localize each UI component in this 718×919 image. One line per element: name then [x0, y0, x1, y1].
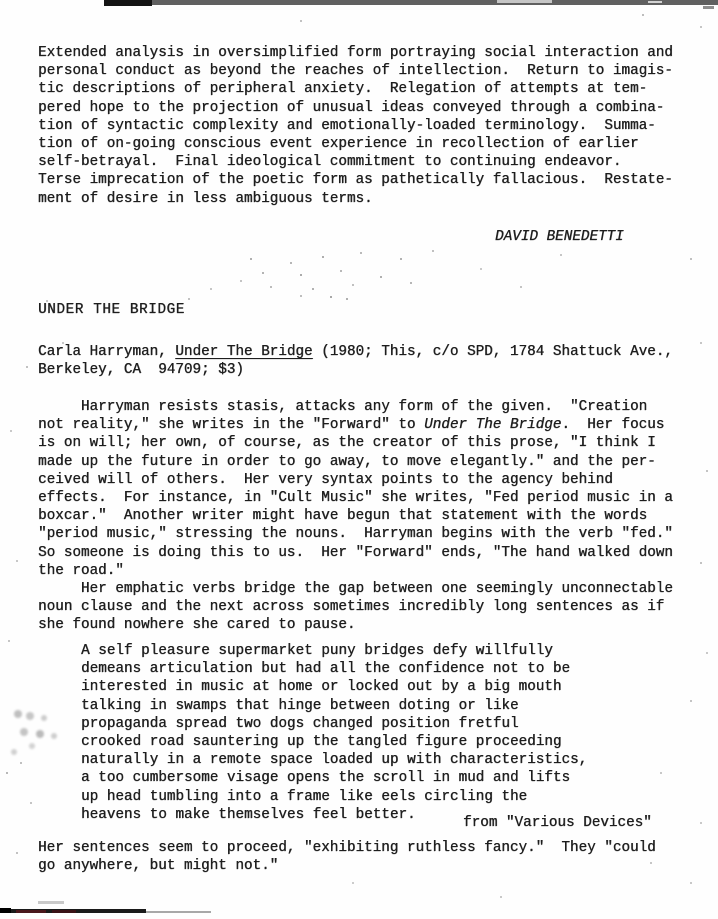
review-body-book-title: Under The Bridge: [424, 417, 561, 433]
scan-artifact-bottom-edge: [0, 908, 11, 913]
poem-block-quote: A self pleasure supermarket puny bridges…: [81, 642, 641, 824]
closing-paragraph: Her sentences seem to proceed, "exhibiti…: [38, 839, 703, 875]
quote-attribution: from "Various Devices": [463, 814, 652, 832]
scan-smudge-left-margin: [0, 0, 4, 4]
review-body-part2: . Her focus is on will; her own, of cour…: [38, 417, 673, 633]
review-body: Harryman resists stasis, attacks any for…: [38, 398, 703, 635]
scan-artifact-bottom-red-tint: [16, 910, 46, 913]
citation-author: Carla Harryman,: [38, 344, 175, 360]
scan-artifact-top-right-mark: [703, 6, 714, 9]
scan-artifact-top-bar: [120, 0, 718, 5]
byline-author: DAVID BENEDETTI: [495, 228, 624, 246]
scan-artifact-top-mark: [104, 0, 152, 6]
book-citation: Carla Harryman, Under The Bridge (1980; …: [38, 343, 698, 379]
scanned-document-page: Extended analysis in oversimplified form…: [0, 0, 718, 919]
intro-paragraph: Extended analysis in oversimplified form…: [38, 44, 698, 208]
scan-artifact-top-gap: [497, 0, 552, 3]
scan-artifact-bottom-smudge: [38, 901, 64, 904]
scan-artifact-top-gap-2: [648, 1, 662, 3]
citation-book-title: Under The Bridge: [175, 344, 312, 360]
scan-artifact-bottom-red-tint-2: [52, 910, 76, 913]
section-title: UNDER THE BRIDGE: [38, 301, 185, 319]
